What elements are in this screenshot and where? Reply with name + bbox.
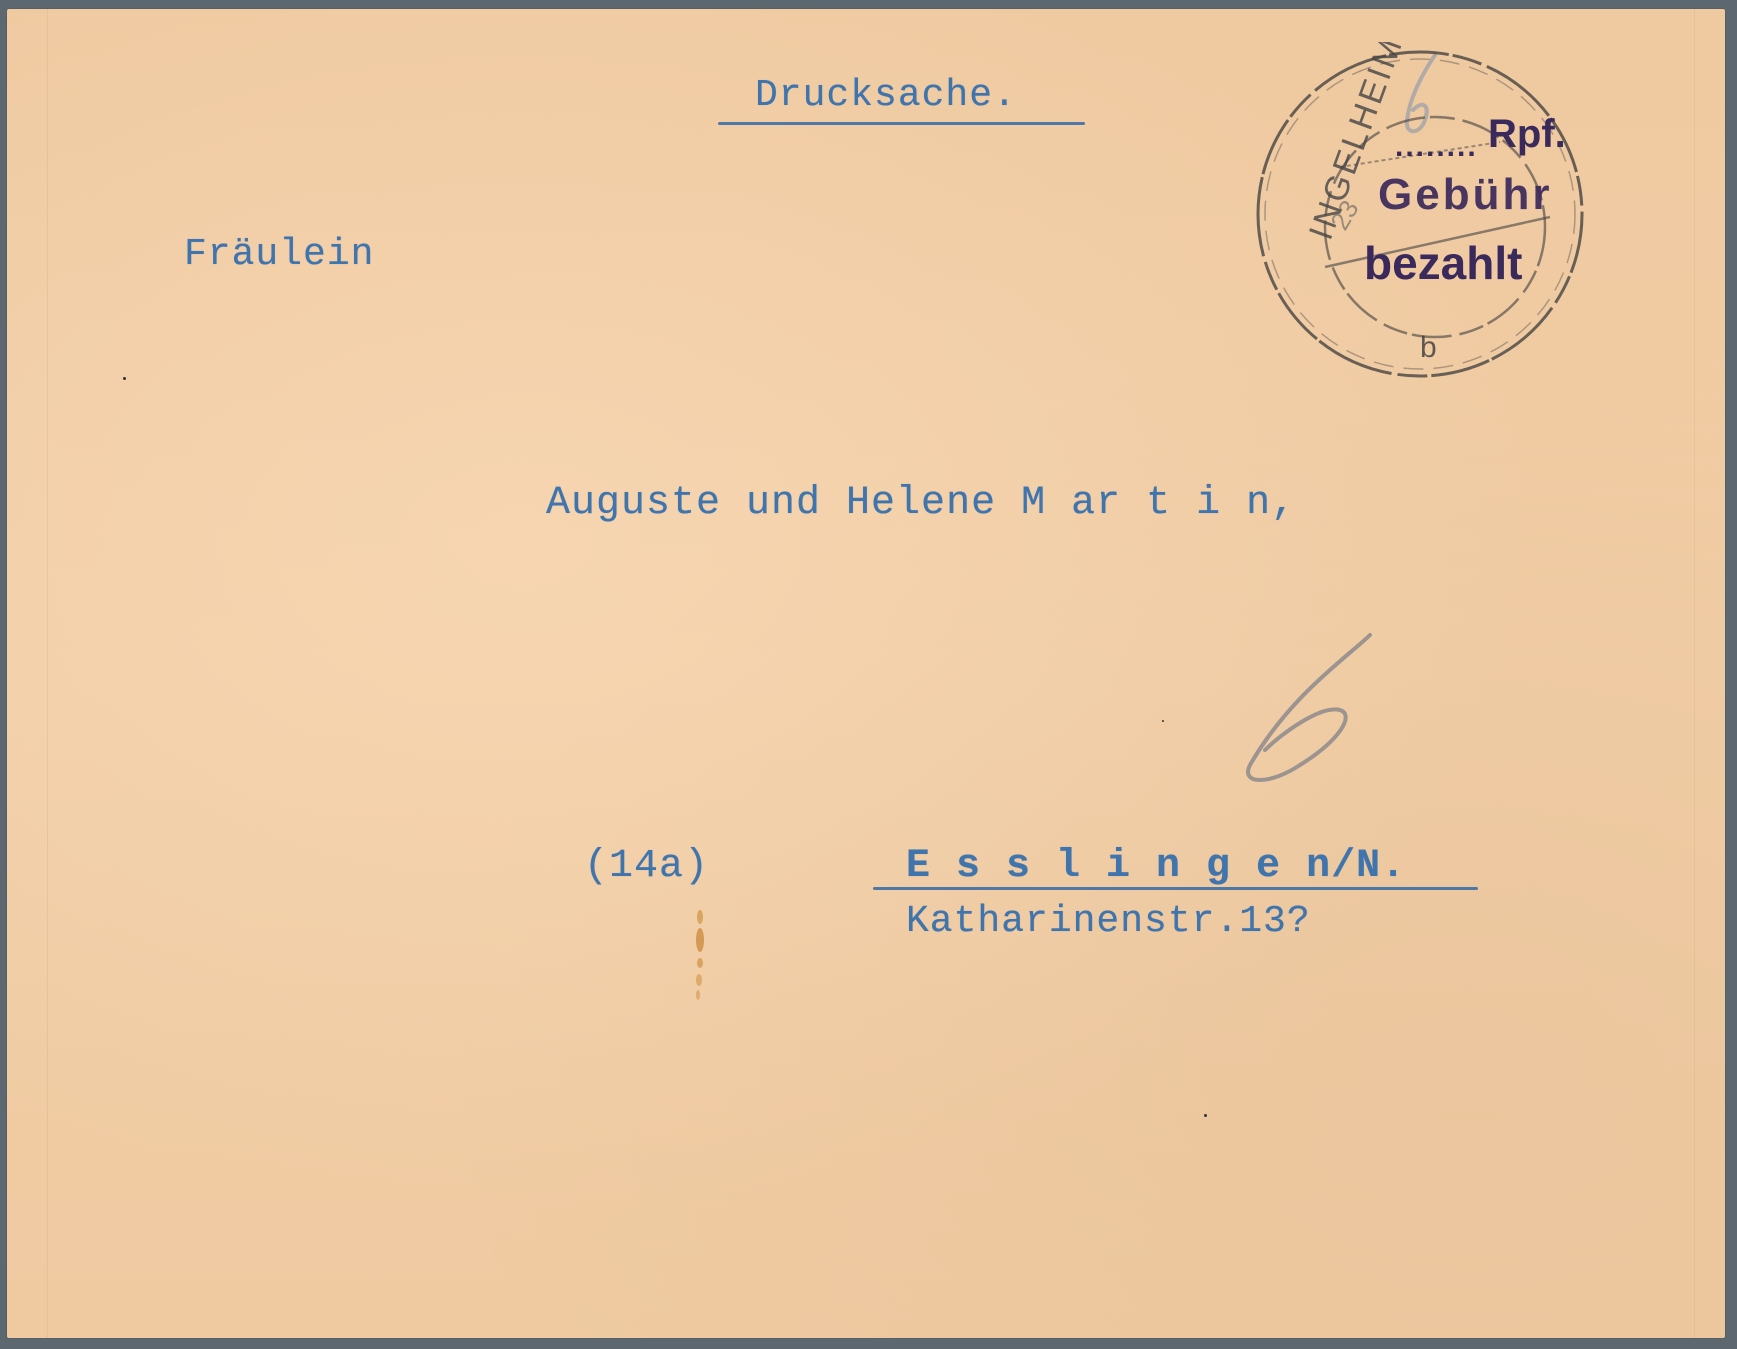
recipient-city: E s s l i n g e n/N. [906,844,1406,889]
mail-class-underline [718,122,1085,125]
pencil-numeral-six [1230,615,1380,785]
franking-paid-label: bezahlt [1364,236,1522,290]
mail-class-label: Drucksache. [755,74,1017,117]
envelope-fold-left [47,9,48,1338]
postmark-sub-office: b [1420,331,1437,364]
recipient-salutation: Fräulein [184,233,374,276]
franking-currency: Rpf. [1488,112,1566,157]
franking-dots: ........ [1395,130,1478,164]
paper-speck [123,377,126,380]
franking-fee-label: Gebühr [1378,170,1552,220]
paper-speck [1162,720,1164,722]
envelope-fold-right [1694,9,1695,1338]
city-underline [873,887,1478,890]
recipient-street: Katharinenstr.13? [906,900,1311,943]
rust-stain [690,905,710,1005]
recipient-postal-zone: (14a) [584,844,709,889]
recipient-name: Auguste und Helene M ar t i n, [546,481,1296,526]
paper-speck [1204,1114,1207,1117]
